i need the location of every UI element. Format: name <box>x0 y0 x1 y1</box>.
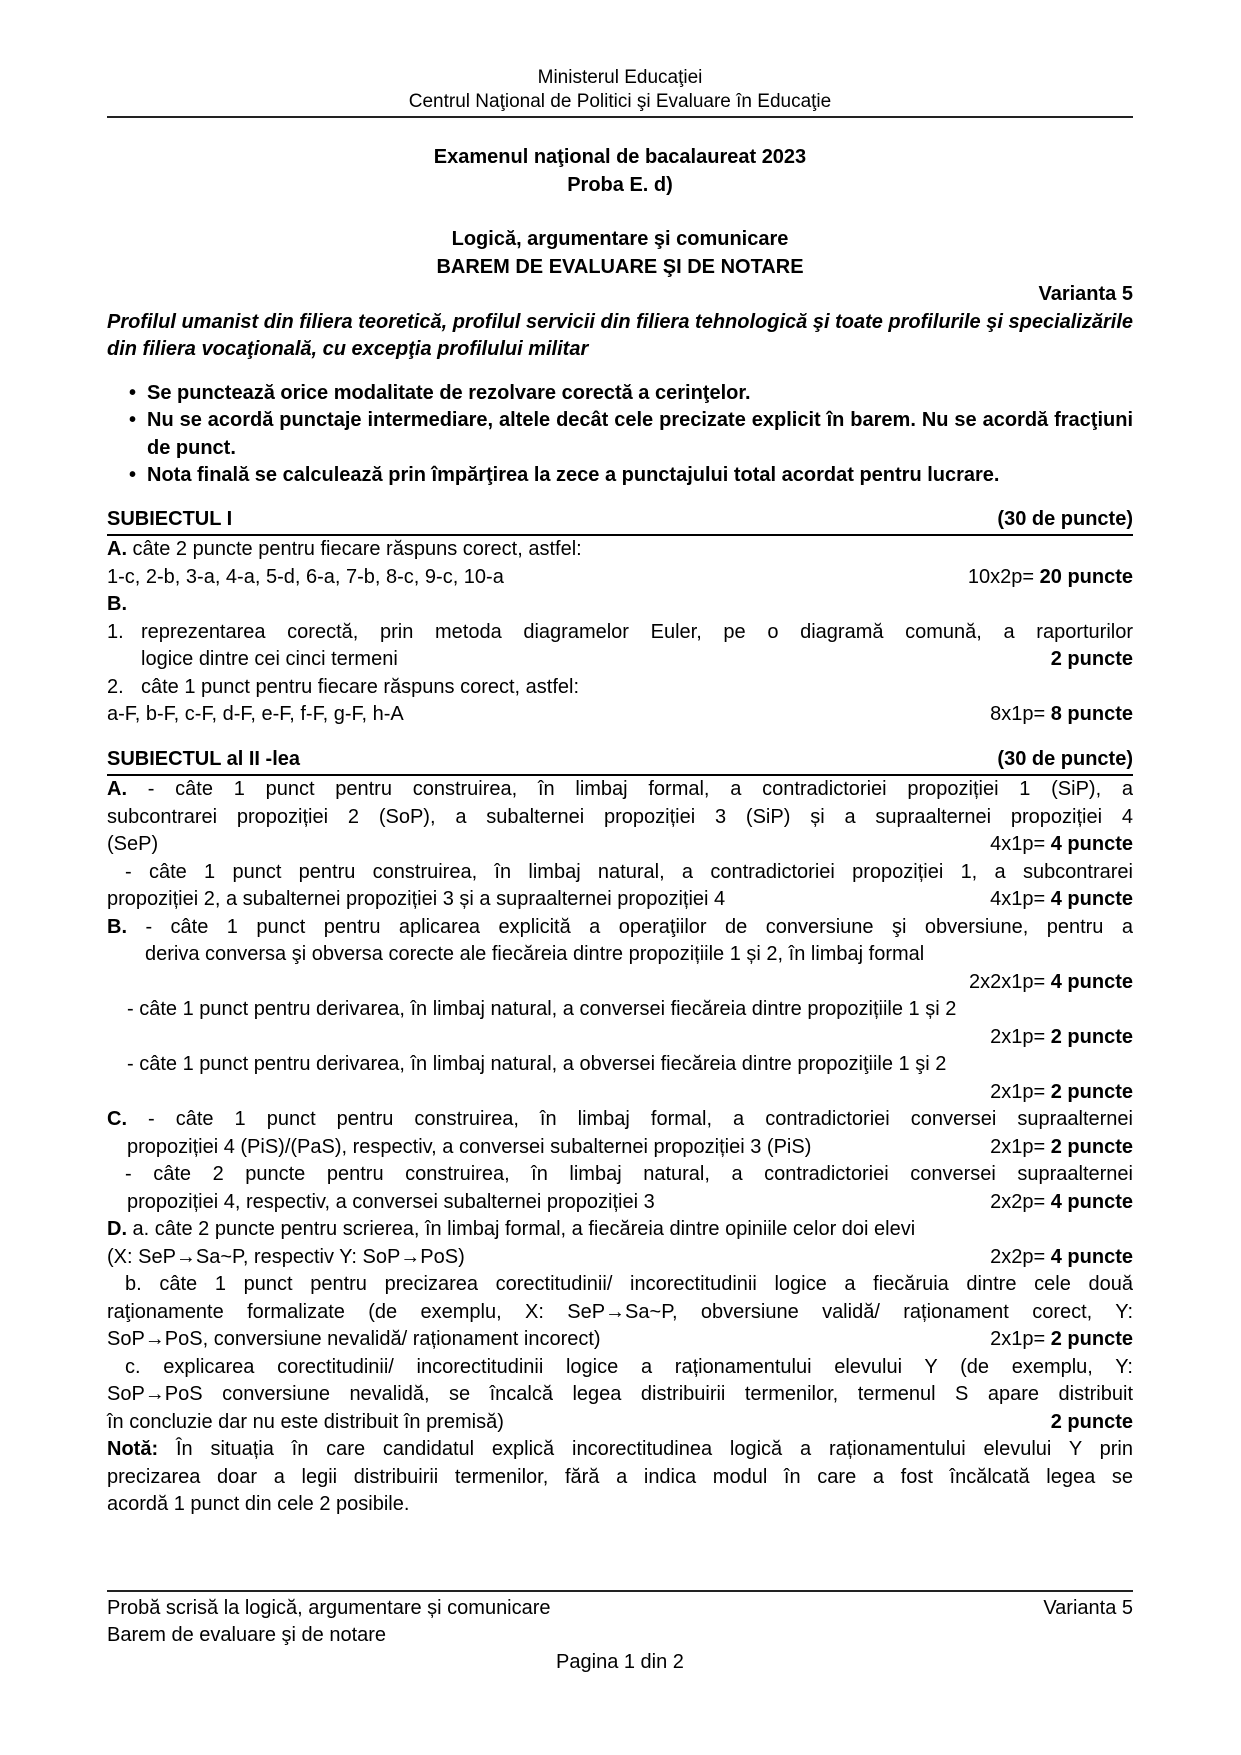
barem-line: raţionamente formalizate (de exemplu, X:… <box>107 1299 1133 1327</box>
barem-line: propoziției 4, respectiv, a conversei su… <box>107 1189 1133 1217</box>
list-item: • Se punctează orice modalitate de rezol… <box>107 380 1133 408</box>
barem-line: - câte 1 punct pentru derivarea, în limb… <box>107 1051 1133 1079</box>
header-divider <box>107 116 1133 118</box>
subject1-title: SUBIECTUL I <box>107 506 232 534</box>
line-text: acordă 1 punct din cele 2 posibile. <box>107 1493 409 1515</box>
score: 2 puncte <box>1051 646 1133 674</box>
title-block: Examenul naţional de bacalaureat 2023 Pr… <box>107 144 1133 281</box>
discipline-title: Logică, argumentare şi comunicare <box>107 226 1133 254</box>
line-text: - câte 1 punct pentru derivarea, în limb… <box>127 998 956 1020</box>
line-text: SoP→PoS conversiune nevalidă, se încalcă… <box>107 1383 1133 1405</box>
barem-line: c. explicarea corectitudinii/ incorectit… <box>107 1354 1133 1382</box>
answer-key: 1-c, 2-b, 3-a, 4-a, 5-d, 6-a, 7-b, 8-c, … <box>107 564 504 592</box>
line-text: - câte 2 puncte pentru construirea, în l… <box>125 1163 1133 1185</box>
item-label: A. <box>107 778 127 800</box>
score-formula: 8x1p= <box>990 703 1051 725</box>
barem-line: SoP→PoS conversiune nevalidă, se încalcă… <box>107 1381 1133 1409</box>
item-label: B. <box>107 593 127 615</box>
barem-line: subcontrarei propoziției 2 (SoP), a suba… <box>107 804 1133 832</box>
line-text: reprezentarea corectă, prin metoda diagr… <box>141 621 1133 643</box>
barem-line: SoP→PoS, conversiune nevalidă/ raționame… <box>107 1326 1133 1354</box>
line-text: propoziției 2, a subalternei propoziției… <box>107 886 725 914</box>
line-text: precizarea doar a legii distribuirii ter… <box>107 1466 1133 1488</box>
line-text: - câte 1 punct pentru construirea, în li… <box>125 861 1133 883</box>
score: 4x1p= 4 puncte <box>990 886 1133 914</box>
item-number: 2. <box>107 674 141 702</box>
footer-barem: Barem de evaluare şi de notare <box>107 1622 1133 1649</box>
line-text: În situația în care candidatul explică i… <box>158 1438 1133 1460</box>
score: 10x2p= 20 puncte <box>968 564 1133 592</box>
center-name: Centrul Naţional de Politici şi Evaluare… <box>107 90 1133 114</box>
score-value: 4 puncte <box>1051 888 1133 910</box>
answer-key: a-F, b-F, c-F, d-F, e-F, f-F, g-F, h-A <box>107 701 404 729</box>
general-rules-list: • Se punctează orice modalitate de rezol… <box>107 380 1133 490</box>
score-value: 4 puncte <box>1051 971 1133 993</box>
barem-page: Ministerul Educaţiei Centrul Naţional de… <box>0 0 1241 1755</box>
line-text: subcontrarei propoziției 2 (SoP), a suba… <box>107 806 1133 828</box>
list-item: • Nota finală se calculează prin împărţi… <box>107 462 1133 490</box>
barem-line: a-F, b-F, c-F, d-F, e-F, f-F, g-F, h-A 8… <box>107 701 1133 729</box>
barem-line: 2x2x1p= 4 puncte <box>107 969 1133 997</box>
page-footer: Probă scrisă la logică, argumentare și c… <box>107 1590 1133 1676</box>
score: 2x2p= 4 puncte <box>990 1244 1133 1272</box>
barem-line: 2.câte 1 punct pentru fiecare răspuns co… <box>107 674 1133 702</box>
bullet-icon: • <box>129 380 136 408</box>
line-text: - câte 1 punct pentru aplicarea explicit… <box>127 916 1133 938</box>
barem-line: - câte 2 puncte pentru construirea, în l… <box>107 1161 1133 1189</box>
rule-text: Nu se acordă punctaje intermediare, alte… <box>147 409 1133 459</box>
bullet-icon: • <box>129 407 136 435</box>
line-text: - câte 1 punct pentru construirea, în li… <box>127 1108 1133 1130</box>
bullet-icon: • <box>129 462 136 490</box>
spacer <box>107 199 1133 226</box>
barem-line: 1.reprezentarea corectă, prin metoda dia… <box>107 619 1133 647</box>
barem-line: (SeP) 4x1p= 4 puncte <box>107 831 1133 859</box>
score-value: 4 puncte <box>1051 1246 1133 1268</box>
score-value: 8 puncte <box>1051 703 1133 725</box>
barem-line: 2x1p= 2 puncte <box>107 1079 1133 1107</box>
document-header: Ministerul Educaţiei Centrul Naţional de… <box>107 66 1133 114</box>
score: 8x1p= 8 puncte <box>990 701 1133 729</box>
barem-line: propoziției 4 (PiS)/(PaS), respectiv, a … <box>107 1134 1133 1162</box>
subject1-heading: SUBIECTUL I (30 de puncte) <box>107 506 1133 537</box>
line-text: deriva conversa şi obversa corecte ale f… <box>145 943 924 965</box>
score-value: 2 puncte <box>1051 1136 1133 1158</box>
score-value: 2 puncte <box>1051 648 1133 670</box>
barem-line: deriva conversa şi obversa corecte ale f… <box>107 941 1133 969</box>
ministry-name: Ministerul Educaţiei <box>107 66 1133 90</box>
score: 2x1p= 2 puncte <box>990 1326 1133 1354</box>
subject2-points: (30 de puncte) <box>997 746 1133 774</box>
line-text: logice dintre cei cinci termeni <box>107 646 398 674</box>
barem-line: D. a. câte 2 puncte pentru scrierea, în … <box>107 1216 1133 1244</box>
score: 4x1p= 4 puncte <box>990 831 1133 859</box>
variant-label: Varianta 5 <box>107 281 1133 309</box>
line-text: în concluzie dar nu este distribuit în p… <box>107 1409 504 1437</box>
score-value: 2 puncte <box>1051 1411 1133 1433</box>
score-formula: 4x1p= <box>990 888 1051 910</box>
line-text: (SeP) <box>107 831 158 859</box>
score: 2x2p= 4 puncte <box>990 1189 1133 1217</box>
score-value: 2 puncte <box>1051 1328 1133 1350</box>
profile-note: Profilul umanist din filiera teoretică, … <box>107 309 1133 364</box>
barem-line: - câte 1 punct pentru construirea, în li… <box>107 859 1133 887</box>
score-formula: 2x2p= <box>990 1246 1051 1268</box>
line-text: câte 1 punct pentru fiecare răspuns core… <box>141 676 579 698</box>
barem-line: 1-c, 2-b, 3-a, 4-a, 5-d, 6-a, 7-b, 8-c, … <box>107 564 1133 592</box>
barem-line: - câte 1 punct pentru derivarea, în limb… <box>107 996 1133 1024</box>
footer-divider <box>107 1590 1133 1592</box>
score-value: 4 puncte <box>1051 1191 1133 1213</box>
score-formula: 4x1p= <box>990 833 1051 855</box>
barem-line: Notă: În situația în care candidatul exp… <box>107 1436 1133 1464</box>
line-text: propoziției 4, respectiv, a conversei su… <box>107 1189 655 1217</box>
line-text: raţionamente formalizate (de exemplu, X:… <box>107 1301 1133 1323</box>
barem-line: B. - câte 1 punct pentru aplicarea expli… <box>107 914 1133 942</box>
barem-line: acordă 1 punct din cele 2 posibile. <box>107 1491 1133 1519</box>
score: 2 puncte <box>1051 1409 1133 1437</box>
score-value: 20 puncte <box>1040 566 1133 588</box>
footer-row: Probă scrisă la logică, argumentare și c… <box>107 1595 1133 1622</box>
barem-line: C. - câte 1 punct pentru construirea, în… <box>107 1106 1133 1134</box>
barem-line: A. câte 2 puncte pentru fiecare răspuns … <box>107 536 1133 564</box>
item-label: B. <box>107 916 127 938</box>
line-text: - câte 1 punct pentru derivarea, în limb… <box>127 1053 946 1075</box>
score-formula: 2x2x1p= <box>969 971 1051 993</box>
rule-text: Nota finală se calculează prin împărţire… <box>147 464 1000 486</box>
barem-line: precizarea doar a legii distribuirii ter… <box>107 1464 1133 1492</box>
barem-line: logice dintre cei cinci termeni 2 puncte <box>107 646 1133 674</box>
item-label: D. <box>107 1218 127 1240</box>
footer-variant: Varianta 5 <box>1043 1595 1133 1622</box>
line-text: câte 2 puncte pentru fiecare răspuns cor… <box>127 538 582 560</box>
barem-line: b. câte 1 punct pentru precizarea corect… <box>107 1271 1133 1299</box>
line-text: a. câte 2 puncte pentru scrierea, în lim… <box>127 1218 915 1240</box>
score-formula: 2x1p= <box>990 1136 1051 1158</box>
score-formula: 2x1p= <box>990 1328 1051 1350</box>
subject2-title: SUBIECTUL al II -lea <box>107 746 300 774</box>
score: 2x1p= 2 puncte <box>990 1134 1133 1162</box>
score-formula: 10x2p= <box>968 566 1040 588</box>
score-formula: 2x1p= <box>990 1081 1051 1103</box>
item-label: C. <box>107 1108 127 1130</box>
barem-line: A. - câte 1 punct pentru construirea, în… <box>107 776 1133 804</box>
line-text: SoP→PoS, conversiune nevalidă/ raționame… <box>107 1326 601 1354</box>
subject1-points: (30 de puncte) <box>997 506 1133 534</box>
footer-subject: Probă scrisă la logică, argumentare și c… <box>107 1595 551 1622</box>
page-number: Pagina 1 din 2 <box>107 1649 1133 1676</box>
score-value: 4 puncte <box>1051 833 1133 855</box>
subject2-heading: SUBIECTUL al II -lea (30 de puncte) <box>107 746 1133 777</box>
barem-line: (X: SeP→Sa~P, respectiv Y: SoP→PoS) 2x2p… <box>107 1244 1133 1272</box>
item-number: 1. <box>107 619 141 647</box>
note-label: Notă: <box>107 1438 158 1460</box>
barem-line: B. <box>107 591 1133 619</box>
score-formula: 2x2p= <box>990 1191 1051 1213</box>
score-value: 2 puncte <box>1051 1026 1133 1048</box>
barem-line: în concluzie dar nu este distribuit în p… <box>107 1409 1133 1437</box>
score-formula: 2x1p= <box>990 1026 1051 1048</box>
barem-line: propoziției 2, a subalternei propoziției… <box>107 886 1133 914</box>
score-value: 2 puncte <box>1051 1081 1133 1103</box>
line-text: (X: SeP→Sa~P, respectiv Y: SoP→PoS) <box>107 1244 465 1272</box>
barem-title: BAREM DE EVALUARE ŞI DE NOTARE <box>107 254 1133 282</box>
line-text: c. explicarea corectitudinii/ incorectit… <box>125 1356 1133 1378</box>
rule-text: Se punctează orice modalitate de rezolva… <box>147 382 751 404</box>
exam-probe: Proba E. d) <box>107 172 1133 200</box>
line-text: - câte 1 punct pentru construirea, în li… <box>127 778 1133 800</box>
barem-line: 2x1p= 2 puncte <box>107 1024 1133 1052</box>
item-label: A. <box>107 538 127 560</box>
line-text: propoziției 4 (PiS)/(PaS), respectiv, a … <box>107 1134 811 1162</box>
list-item: • Nu se acordă punctaje intermediare, al… <box>107 407 1133 462</box>
line-text: b. câte 1 punct pentru precizarea corect… <box>125 1273 1133 1295</box>
exam-title: Examenul naţional de bacalaureat 2023 <box>107 144 1133 172</box>
